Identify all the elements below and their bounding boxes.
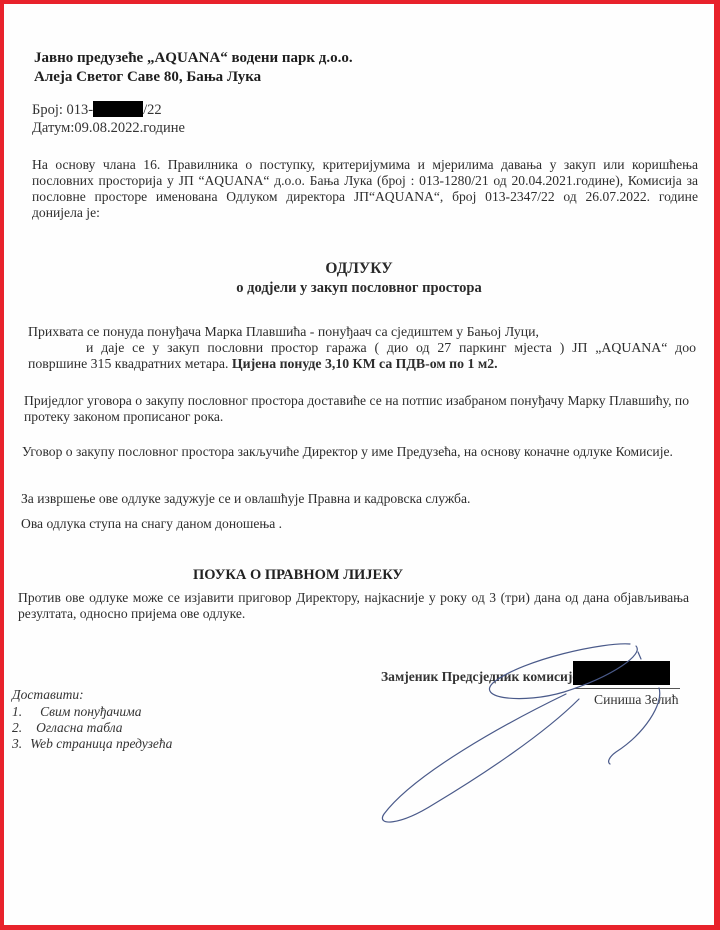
signatory-name: Синиша Зелић: [594, 692, 679, 708]
redaction-block-signature: [573, 661, 670, 685]
redaction-block: [93, 101, 143, 117]
delivery-item-label: Свим понуђачима: [40, 704, 141, 719]
intro-paragraph: На основу члана 16. Правилника о поступк…: [32, 157, 698, 221]
delivery-item: 1.Свим понуђачима: [12, 704, 142, 720]
delivery-heading: Доставити:: [12, 687, 84, 703]
delivery-item-label: Огласна табла: [36, 720, 122, 735]
document-number-suffix: /22: [143, 102, 162, 118]
delivery-item-number: 2.: [12, 720, 22, 735]
price-text: Цијена понуде 3,10 КМ са ПДВ-ом по 1 м2.: [232, 356, 498, 371]
company-address: Алеја Светог Саве 80, Бања Лука: [34, 69, 261, 86]
document-number: Број: 013-/22: [32, 101, 162, 119]
document-number-prefix: Број: 013-: [32, 102, 93, 118]
signature-line: [574, 688, 680, 689]
legal-remedy-title: ПОУКА О ПРАВНОМ ЛИЈЕКУ: [193, 567, 403, 584]
delivery-item-label: Web страница предузећа: [30, 736, 172, 751]
delivery-item-number: 1.: [12, 704, 22, 719]
body-paragraph-5: Ова одлука ступа на снагу даном доношења…: [21, 516, 282, 532]
company-name: Јавно предузеће „AQUANA“ водени парк д.о…: [34, 50, 353, 67]
handwritten-signature-icon: [4, 4, 714, 925]
decision-subtitle: о додјели у закуп пословног простора: [4, 280, 714, 297]
document-date: Датум:09.08.2022.године: [32, 120, 185, 137]
body-paragraph-1-line-1: Прихвата се понуда понуђача Марка Плавши…: [28, 324, 539, 340]
document-page: Јавно предузеће „AQUANA“ водени парк д.о…: [4, 4, 714, 925]
body-paragraph-2: Приједлог уговора о закупу пословног про…: [24, 393, 689, 425]
body-paragraph-4: За извршење ове одлуке задужује се и овл…: [21, 491, 470, 507]
body-paragraph-1-line-2: и даје се у закуп пословни простор гараж…: [86, 340, 696, 356]
delivery-item: 3.Web страница предузећа: [12, 736, 172, 752]
delivery-item: 2.Огласна табла: [12, 720, 123, 736]
signatory-role: Замјеник Предсједник комисије: [381, 669, 578, 685]
body-paragraph-3: Уговор о закупу пословног простора закљу…: [22, 444, 689, 460]
legal-remedy-text: Против ове одлуке може се изјавити приго…: [18, 590, 689, 622]
body-paragraph-1-line-3: површине 315 квадратних метара. Цијена п…: [28, 356, 498, 372]
decision-title: ОДЛУКУ: [4, 260, 714, 278]
delivery-item-number: 3.: [12, 736, 22, 751]
area-text: површине 315 квадратних метара.: [28, 356, 232, 371]
